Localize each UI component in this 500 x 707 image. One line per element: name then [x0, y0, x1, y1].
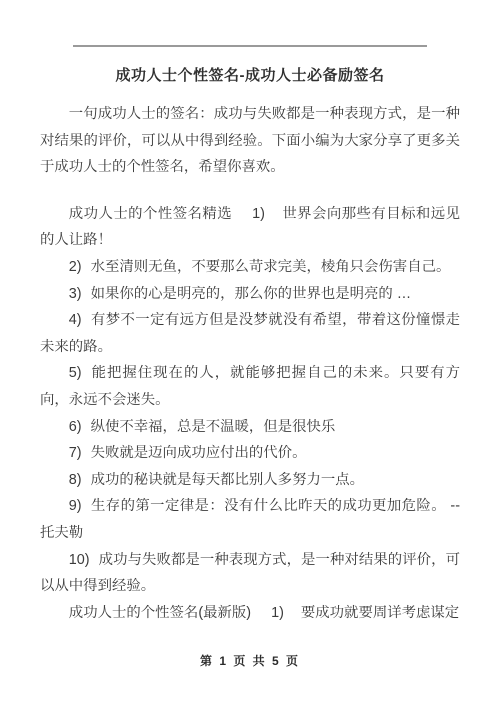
list-item: 6)纵使不幸福，总是不温暖，但是很快乐	[40, 414, 460, 441]
list-item-text: 要成功就要周详考虑谋定	[301, 605, 459, 621]
list-item-number: 6)	[69, 419, 82, 435]
list-item-text: 失败就是迈向成功应付出的代价。	[91, 445, 307, 461]
list-item-number: 10)	[69, 552, 90, 568]
horizontal-rule	[73, 45, 427, 47]
list-item-number: 3)	[69, 286, 82, 302]
list-item: 3)如果你的心是明亮的，那么你的世界也是明亮的 …	[40, 281, 460, 308]
list-item-number: 8)	[69, 472, 82, 488]
page-footer: 第 1 页 共 5 页	[0, 652, 500, 669]
page-title: 成功人士个性签名-成功人士必备励签名	[40, 66, 460, 86]
list-item-number: 7)	[69, 445, 82, 461]
list-item-number: 1)	[271, 605, 284, 621]
list-item-text: 生存的第一定律是：没有什么比昨天的成功更加危险。 --托夫勒	[40, 498, 460, 541]
list-item: 10)成功与失败都是一种表现方式，是一种对结果的评价，可以从中得到经验。	[40, 547, 460, 600]
list-item-number: 5)	[69, 365, 82, 381]
list-item-text: 水至清则无鱼，不要那么苛求完美，棱角只会伤害自己。	[91, 259, 451, 275]
list-item: 9)生存的第一定律是：没有什么比昨天的成功更加危险。 --托夫勒	[40, 493, 460, 546]
section-lead: 成功人士的个性签名(最新版)1)要成功就要周详考虑谋定	[40, 600, 460, 627]
intro-paragraph: 一句成功人士的签名：成功与失败都是一种表现方式，是一种对结果的评价，可以从中得到…	[40, 101, 460, 181]
list-item: 8)成功的秘诀就是每天都比别人多努力一点。	[40, 467, 460, 494]
list-item: 5)能把握住现在的人，就能够把握自己的未来。只要有方向，永远不会迷失。	[40, 360, 460, 413]
list-item: 7)失败就是迈向成功应付出的代价。	[40, 440, 460, 467]
list-item-text: 纵使不幸福，总是不温暖，但是很快乐	[91, 419, 336, 435]
section-heading: 成功人士的个性签名精选	[69, 206, 232, 222]
list-item-number: 2)	[69, 259, 82, 275]
list-item-number: 4)	[69, 312, 82, 328]
list-item: 4)有梦不一定有远方但是没梦就没有希望，带着这份憧憬走未来的路。	[40, 307, 460, 360]
list-item-number: 9)	[69, 498, 82, 514]
list-item-text: 有梦不一定有远方但是没梦就没有希望，带着这份憧憬走未来的路。	[40, 312, 460, 355]
document-page: 成功人士个性签名-成功人士必备励签名 一句成功人士的签名：成功与失败都是一种表现…	[0, 0, 500, 707]
list-item-text: 成功与失败都是一种表现方式，是一种对结果的评价，可以从中得到经验。	[40, 552, 460, 595]
list-item-text: 成功的秘诀就是每天都比别人多努力一点。	[91, 472, 364, 488]
list-item-text: 如果你的心是明亮的，那么你的世界也是明亮的 …	[91, 286, 412, 302]
section-heading: 成功人士的个性签名(最新版)	[69, 605, 251, 621]
list-item-number: 1)	[252, 206, 265, 222]
list-item: 2)水至清则无鱼，不要那么苛求完美，棱角只会伤害自己。	[40, 254, 460, 281]
section-lead: 成功人士的个性签名精选1)世界会向那些有目标和远见的人让路！	[40, 201, 460, 254]
list-item-text: 能把握住现在的人，就能够把握自己的未来。只要有方向，永远不会迷失。	[40, 365, 460, 408]
document-body: 一句成功人士的签名：成功与失败都是一种表现方式，是一种对结果的评价，可以从中得到…	[0, 101, 500, 626]
